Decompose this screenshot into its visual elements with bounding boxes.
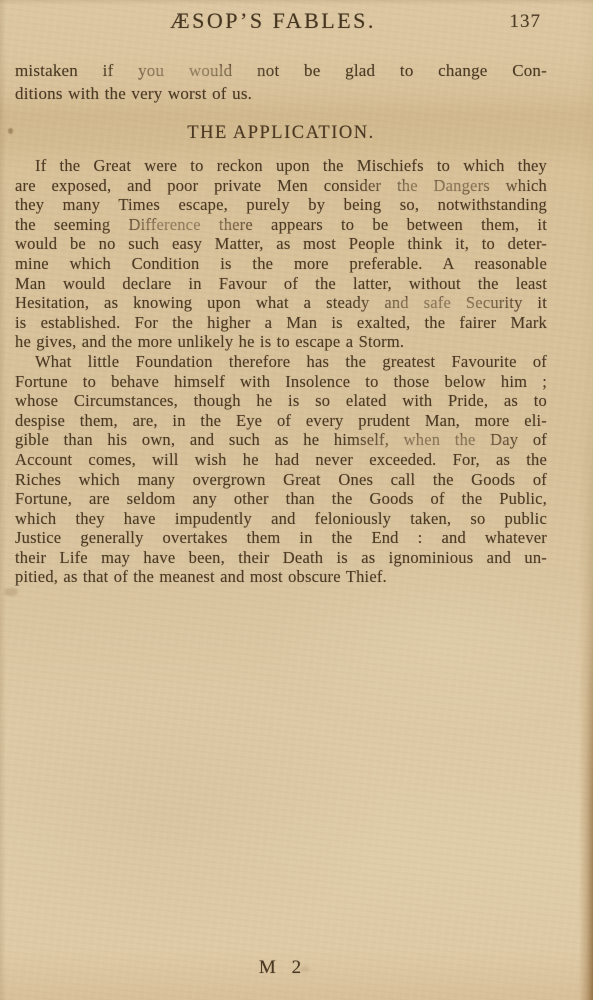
- text-line: is established. For the higher a Man is …: [15, 313, 547, 333]
- text-line: ditions with the very worst of us.: [15, 82, 547, 105]
- text-line: Hesitation, as knowing upon what a stead…: [15, 293, 547, 313]
- text-line: despise them, are, in the Eye of every p…: [15, 411, 547, 431]
- page-fore-edge-shadow: [579, 0, 593, 1000]
- text-line: are exposed, and poor private Men consid…: [15, 176, 547, 196]
- text-line: Riches which many overgrown Great Ones c…: [15, 470, 547, 490]
- text-line: he gives, and the more unlikely he is to…: [15, 332, 547, 352]
- running-title: ÆSOP’S FABLES.: [15, 8, 547, 34]
- paper-stain: [8, 128, 13, 134]
- text-line: Fortune, are seldom any other than the G…: [15, 489, 547, 509]
- text-line: What little Foundation therefore has the…: [15, 352, 547, 372]
- signature-mark: M 2: [15, 957, 547, 979]
- paper-stain: [4, 588, 18, 596]
- text-line: Justice generally overtakes them in the …: [15, 528, 547, 548]
- text-line: mistaken if you would not be glad to cha…: [15, 59, 547, 82]
- text-line: their Life may have been, their Death is…: [15, 548, 547, 568]
- text-line: gible than his own, and such as he himse…: [15, 430, 547, 450]
- page-left-edge-shading: [0, 0, 6, 1000]
- book-page-scan: ÆSOP’S FABLES. 137 mistaken if you would…: [0, 0, 593, 1000]
- text-line: whose Circumstances, though he is so ela…: [15, 391, 547, 411]
- text-line: pitied, as that of the meanest and most …: [15, 567, 547, 587]
- text-line: the seeming Difference there appears to …: [15, 215, 547, 235]
- application-text: If the Great were to reckon upon the Mis…: [15, 156, 547, 587]
- continuation-paragraph: mistaken if you would not be glad to cha…: [15, 59, 547, 105]
- text-line: would be no such easy Matter, as most Pe…: [15, 234, 547, 254]
- page-number: 137: [510, 11, 542, 33]
- text-line: If the Great were to reckon upon the Mis…: [15, 156, 547, 176]
- text-line: Fortune to behave himself with Insolence…: [15, 372, 547, 392]
- running-head: ÆSOP’S FABLES. 137: [15, 8, 547, 36]
- text-line: Account comes, will wish he had never ex…: [15, 450, 547, 470]
- text-line: which they have impudently and felonious…: [15, 509, 547, 529]
- text-line: Man would declare in Favour of the latte…: [15, 274, 547, 294]
- page-top-edge-shading: [0, 0, 593, 5]
- text-line: mine which Condition is the more prefera…: [15, 254, 547, 274]
- text-line: they many Times escape, purely by being …: [15, 195, 547, 215]
- section-heading: THE APPLICATION.: [15, 122, 547, 144]
